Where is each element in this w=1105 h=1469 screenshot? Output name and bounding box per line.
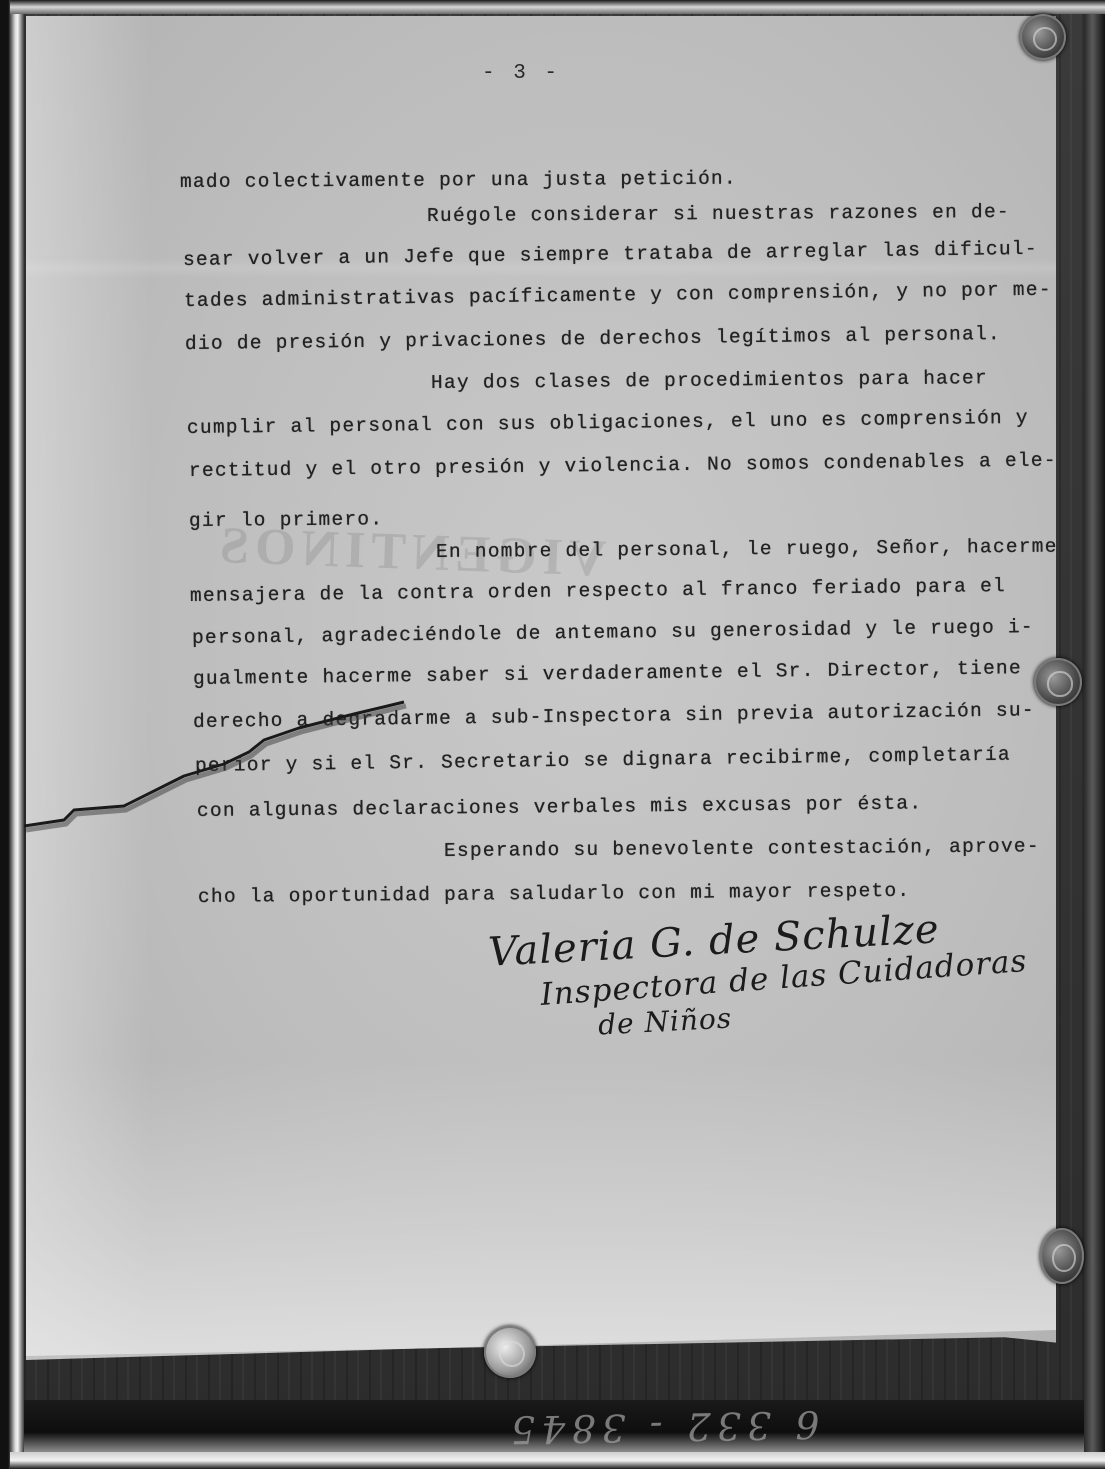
paper-lower-highlight xyxy=(26,1060,1056,1360)
text-line: Esperando su benevolente contestación, a… xyxy=(444,835,1040,862)
thumbtack-icon xyxy=(484,1326,536,1378)
negative-catalog-number: 6 332 - 3845 xyxy=(505,1402,820,1451)
plate-edge-bottom xyxy=(10,1452,1105,1469)
plate-edge-top xyxy=(10,0,1105,14)
page-number: - 3 - xyxy=(482,62,560,85)
thumbtack-icon xyxy=(1040,1228,1084,1284)
signature-title-continued: de Niños xyxy=(597,1002,733,1042)
board-edge xyxy=(1084,14,1105,1454)
plate-edge-left xyxy=(8,0,24,1469)
text-line: mado colectivamente por una justa petici… xyxy=(180,168,737,193)
text-line: Ruégole considerar si nuestras razones e… xyxy=(427,201,1010,227)
thumbtack-icon xyxy=(1034,658,1082,706)
thumbtack-icon xyxy=(1020,14,1066,60)
text-line: gir lo primero. xyxy=(189,508,383,532)
